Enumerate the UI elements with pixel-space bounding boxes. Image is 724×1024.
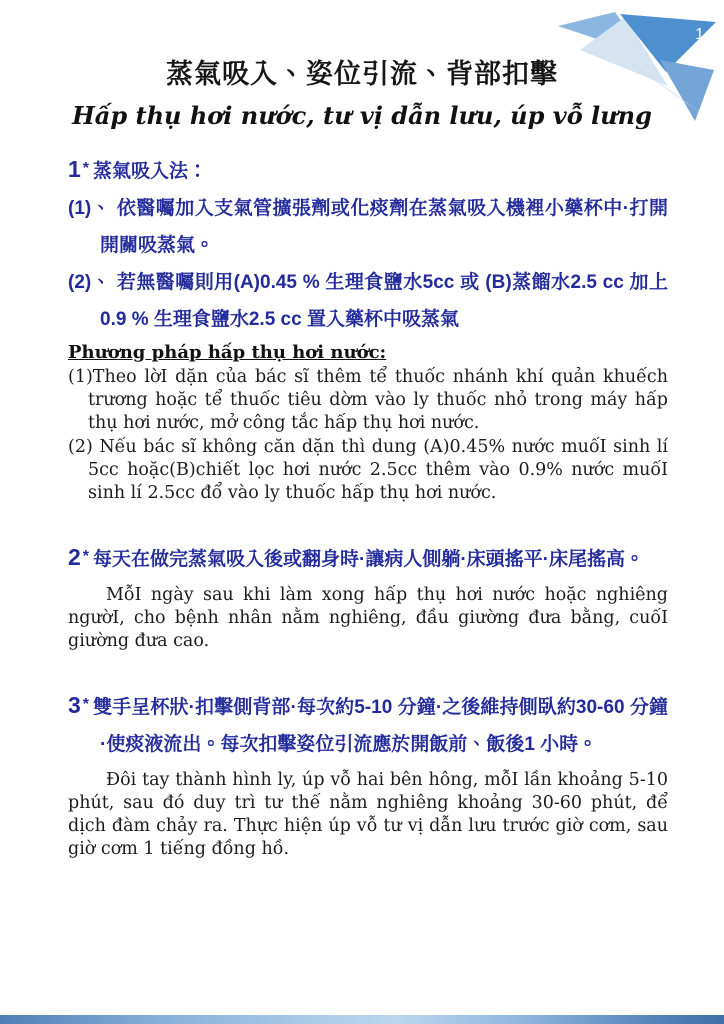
section-3-heading: 3*雙手呈杯狀·扣擊側背部·每次約5-10 分鐘·之後維持側臥約30-60 分鐘…: [68, 686, 668, 763]
section-3-paragraph-vi: Đôi tay thành hình ly, úp vỗ hai bên hôn…: [68, 769, 668, 861]
page-number: 1: [695, 26, 704, 44]
section-1-heading-text: 蒸氣吸入法：: [93, 161, 207, 182]
section-2: 2*每天在做完蒸氣吸入後或翻身時·讓病人側躺·床頭搖平·床尾搖高。 MỗI ng…: [68, 538, 668, 653]
section-1: 1*蒸氣吸入法： (1)、 依醫囑加入支氣管擴張劑或化痰劑在蒸氣吸入機裡小藥杯中…: [68, 150, 668, 505]
section-1-star: *: [81, 160, 93, 177]
bottom-accent-band: [0, 1015, 724, 1024]
section-3-star: *: [81, 696, 93, 713]
section-1-item-2-vi: (2) Nếu bác sĩ không căn dặn thì dung (A…: [68, 436, 668, 505]
section-2-paragraph-vi: MỗI ngày sau khi làm xong hấp thụ hơi nư…: [68, 584, 668, 653]
section-3: 3*雙手呈杯狀·扣擊側背部·每次約5-10 分鐘·之後維持側臥約30-60 分鐘…: [68, 686, 668, 861]
section-1-number: 1: [68, 156, 81, 182]
section-2-number: 2: [68, 544, 81, 570]
section-2-heading: 2*每天在做完蒸氣吸入後或翻身時·讓病人側躺·床頭搖平·床尾搖高。: [68, 538, 668, 578]
section-1-item-1-zh: (1)、 依醫囑加入支氣管擴張劑或化痰劑在蒸氣吸入機裡小藥杯中·打開開關吸蒸氣。: [68, 190, 668, 264]
section-1-item-2-zh: (2)、 若無醫囑則用(A)0.45 % 生理食鹽水5cc 或 (B)蒸餾水2.…: [68, 264, 668, 338]
section-1-item-1-vi: (1)Theo lờI dặn của bác sĩ thêm tể thuốc…: [68, 366, 668, 435]
document-body: 1*蒸氣吸入法： (1)、 依醫囑加入支氣管擴張劑或化痰劑在蒸氣吸入機裡小藥杯中…: [68, 150, 668, 861]
section-2-heading-text: 每天在做完蒸氣吸入後或翻身時·讓病人側躺·床頭搖平·床尾搖高。: [93, 549, 644, 570]
section-3-heading-text: 雙手呈杯狀·扣擊側背部·每次約5-10 分鐘·之後維持側臥約30-60 分鐘·使…: [93, 697, 668, 755]
section-1-heading: 1*蒸氣吸入法：: [68, 150, 668, 190]
triangle-tail: [660, 60, 714, 121]
section-3-number: 3: [68, 692, 81, 718]
section-1-vietnamese-heading: Phương pháp hấp thụ hơi nước:: [68, 340, 668, 365]
section-2-star: *: [81, 548, 93, 565]
slide-page: 1 蒸氣吸入、姿位引流、背部扣擊 Hấp thụ hơi nước, tư vị…: [0, 0, 724, 1024]
corner-triangles-decoration: [554, 0, 724, 125]
